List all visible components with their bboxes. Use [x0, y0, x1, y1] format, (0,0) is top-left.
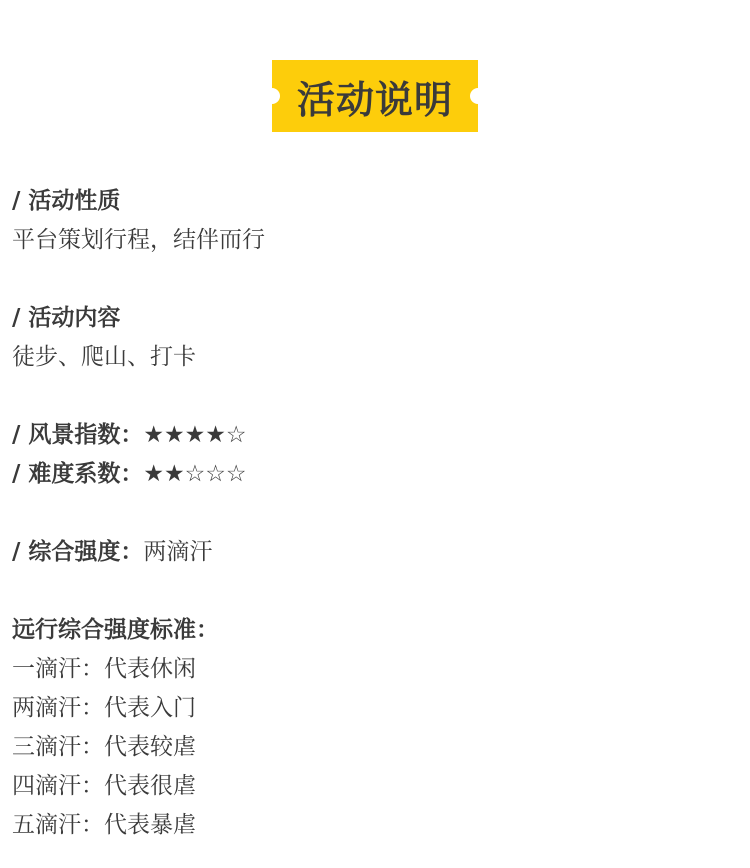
- standard-item: 三滴汗：代表较虐: [12, 728, 732, 767]
- spacer: [12, 260, 732, 299]
- standard-heading: 远行综合强度标准：: [12, 611, 732, 650]
- scenery-rating-row: / 风景指数：★★★★☆: [12, 416, 732, 455]
- content-heading: / 活动内容: [12, 299, 732, 338]
- activity-details: / 活动性质 平台策划行程，结伴而行 / 活动内容 徒步、爬山、打卡 / 风景指…: [12, 182, 732, 845]
- banner-container: 活动说明: [0, 60, 750, 132]
- standard-item: 一滴汗：代表休闲: [12, 650, 732, 689]
- difficulty-label: / 难度系数：: [12, 461, 143, 487]
- spacer: [12, 377, 732, 416]
- scenery-star-rating-icon: ★★★★☆: [143, 422, 246, 448]
- intensity-value: 两滴汗: [143, 539, 212, 565]
- standard-item: 五滴汗：代表暴虐: [12, 806, 732, 845]
- content-text: 徒步、爬山、打卡: [12, 338, 732, 377]
- activity-description-banner: 活动说明: [272, 60, 478, 132]
- spacer: [12, 494, 732, 533]
- spacer: [12, 572, 732, 611]
- difficulty-rating-row: / 难度系数：★★☆☆☆: [12, 455, 732, 494]
- nature-text: 平台策划行程，结伴而行: [12, 221, 732, 260]
- intensity-row: / 综合强度：两滴汗: [12, 533, 732, 572]
- intensity-label: / 综合强度：: [12, 539, 143, 565]
- scenery-label: / 风景指数：: [12, 422, 143, 448]
- standard-item: 四滴汗：代表很虐: [12, 767, 732, 806]
- difficulty-star-rating-icon: ★★☆☆☆: [143, 461, 246, 487]
- standard-item: 两滴汗：代表入门: [12, 689, 732, 728]
- banner-title: 活动说明: [297, 69, 453, 124]
- nature-heading: / 活动性质: [12, 182, 732, 221]
